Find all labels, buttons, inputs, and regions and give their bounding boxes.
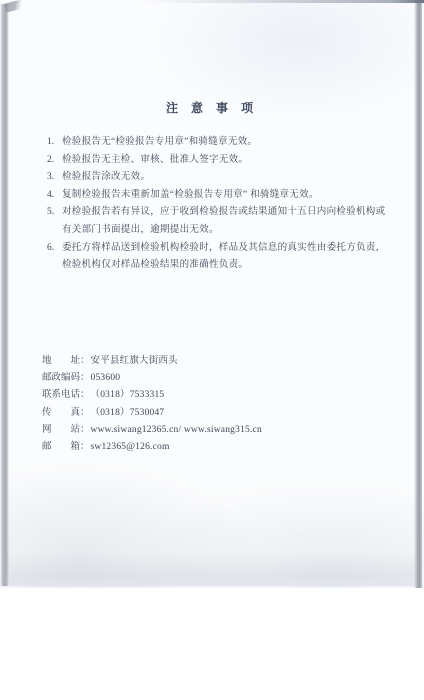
page-corner-fold [4,0,28,13]
contact-colon: ： [80,353,90,370]
contact-label: 传真 [42,405,80,422]
notice-item: 1. 检验报告无“检验报告专用章”和骑缝章无效。 [47,134,394,152]
contact-info-block: 地址：安平县红旗大街西头 邮政编码：053600 联系电话：（0318）7533… [42,353,382,456]
notice-number: 1. [47,134,62,152]
notice-number: 2. [47,152,62,170]
contact-row-address: 地址：安平县红旗大街西头 [42,353,382,370]
contact-value: sw12365@126.com [91,439,170,456]
notice-number: 6. [47,240,62,275]
contact-label: 邮政编码 [42,370,80,387]
contact-colon: ： [80,405,90,422]
notice-item: 2. 检验报告无主检、审核、批准人签字无效。 [47,152,394,170]
contact-row-fax: 传真：（0318）7530047 [42,405,382,422]
contact-value: www.siwang12365.cn/ www.siwang315.cn [91,422,262,439]
contact-label: 地址 [42,353,80,370]
contact-label: 邮箱 [42,439,80,456]
contact-value: （0318）7530047 [91,405,165,422]
scanned-document-page: 注 意 事 项 1. 检验报告无“检验报告专用章”和骑缝章无效。 2. 检验报告… [0,0,424,700]
contact-colon: ： [80,370,90,387]
document-title: 注 意 事 项 [0,99,424,116]
notice-text: 检验报告无主检、审核、批准人签字无效。 [62,152,394,170]
notice-item: 4. 复制检验报告未重新加盖“检验报告专用章” 和骑缝章无效。 [47,187,394,205]
notice-text: 对检验报告若有异议，应于收到检验报告或结果通知十五日内向检验机构或有关部门书面提… [62,204,394,239]
contact-label: 联系电话 [42,387,80,404]
scanner-edge-left [0,4,9,586]
contact-colon: ： [80,422,90,439]
contact-row-website: 网站：www.siwang12365.cn/ www.siwang315.cn [42,422,382,439]
notice-number: 5. [47,204,62,239]
contact-row-email: 邮箱：sw12365@126.com [42,439,382,456]
notice-number: 3. [47,169,62,187]
notice-list: 1. 检验报告无“检验报告专用章”和骑缝章无效。 2. 检验报告无主检、审核、批… [47,134,394,275]
contact-value: （0318）7533315 [91,387,165,404]
notice-text: 复制检验报告未重新加盖“检验报告专用章” 和骑缝章无效。 [62,187,394,205]
contact-row-phone: 联系电话：（0318）7533315 [42,387,382,404]
notice-item: 3. 检验报告涂改无效。 [47,169,394,187]
contact-colon: ： [80,439,90,456]
contact-value: 053600 [91,370,121,387]
notice-item: 6. 委托方将样品送到检验机构检验时，样品及其信息的真实性由委托方负责，检验机构… [47,240,394,275]
contact-colon: ： [80,387,90,404]
notice-text: 检验报告涂改无效。 [62,169,394,187]
page-bottom-shadow [6,552,416,586]
notice-text: 检验报告无“检验报告专用章”和骑缝章无效。 [62,134,394,152]
contact-label: 网站 [42,422,80,439]
notice-number: 4. [47,187,62,205]
scanner-edge-top [140,0,424,3]
contact-value: 安平县红旗大街西头 [91,353,178,370]
notice-text: 委托方将样品送到检验机构检验时，样品及其信息的真实性由委托方负责，检验机构仅对样… [62,240,394,275]
scan-sheet: 注 意 事 项 1. 检验报告无“检验报告专用章”和骑缝章无效。 2. 检验报告… [0,0,424,588]
notice-item: 5. 对检验报告若有异议，应于收到检验报告或结果通知十五日内向检验机构或有关部门… [47,204,394,239]
scanner-edge-right [414,0,422,588]
contact-row-postcode: 邮政编码：053600 [42,370,382,387]
